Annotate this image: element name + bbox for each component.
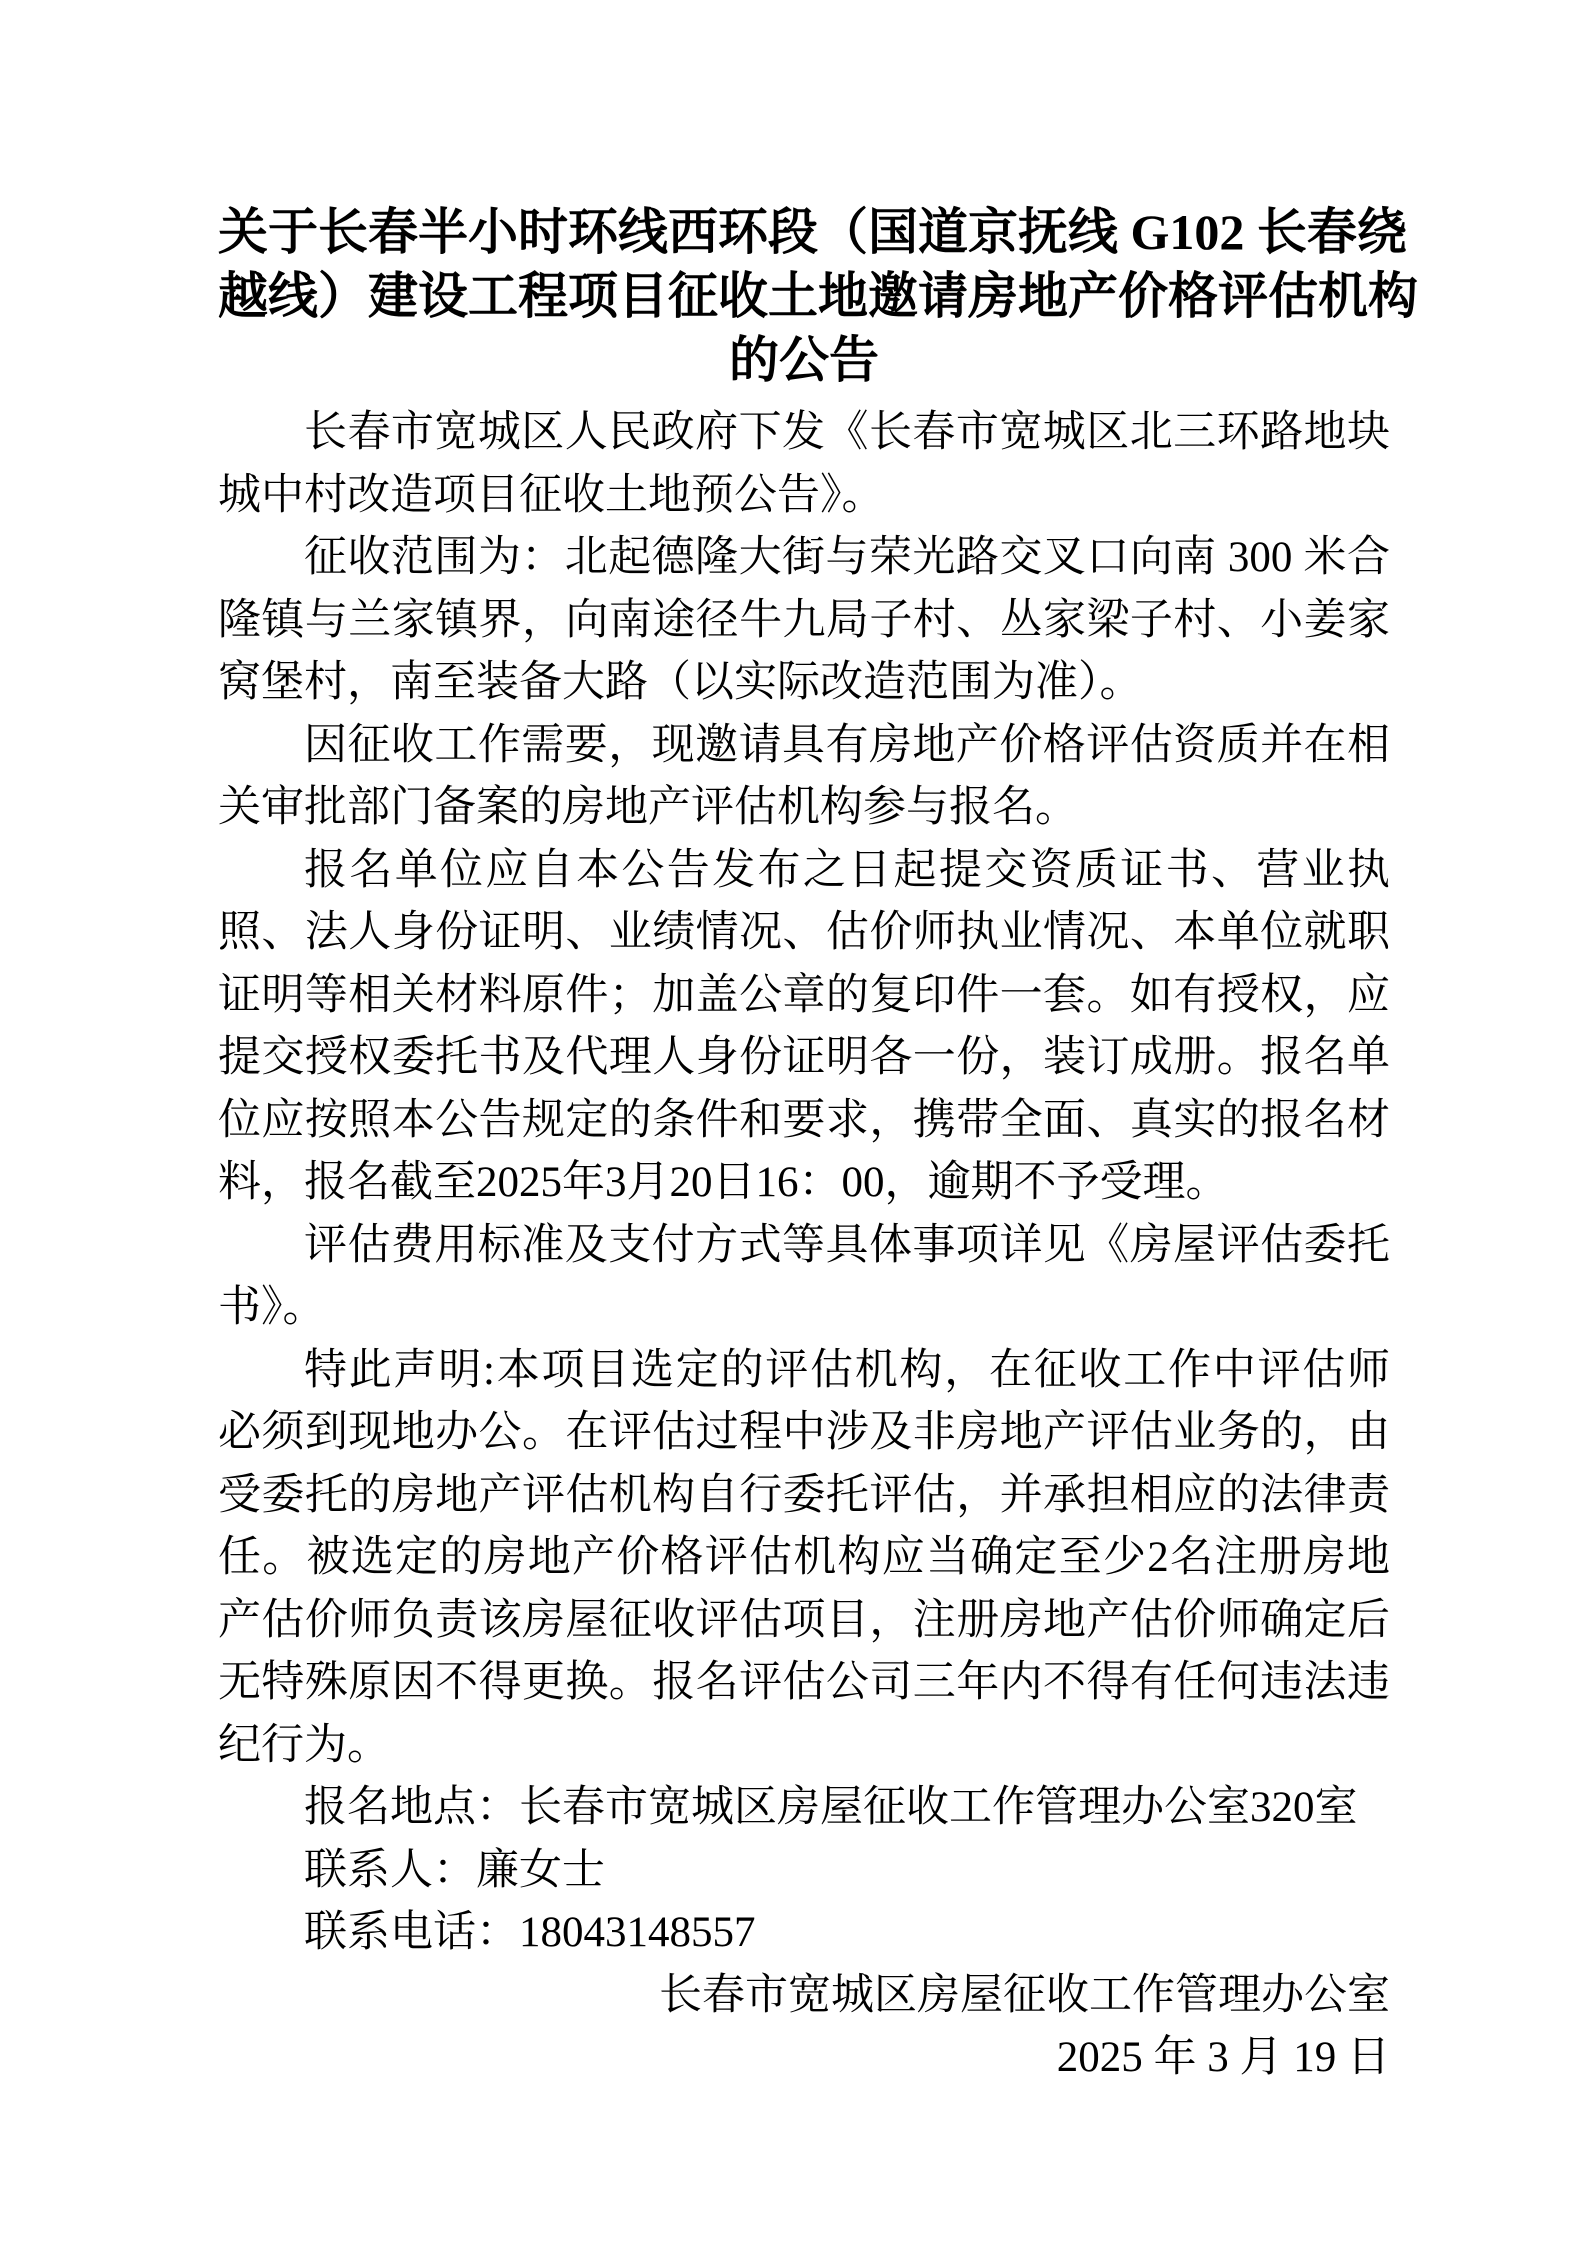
paragraph-fee-standard: 评估费用标准及支付方式等具体事项详见《房屋评估委托书》。: [218, 1215, 1390, 1340]
title-line: 的公告: [218, 328, 1390, 392]
paragraph-expropriation-scope: 征收范围为：北起德隆大街与荣光路交叉口向南 300 米合隆镇与兰家镇界，向南途径…: [218, 527, 1390, 715]
paragraph-application-materials: 报名单位应自本公告发布之日起提交资质证书、营业执照、法人身份证明、业绩情况、估价…: [218, 840, 1390, 1215]
signature-office: 长春市宽城区房屋征收工作管理办公室: [218, 1965, 1390, 2028]
paragraph-invitation: 因征收工作需要，现邀请具有房地产价格评估资质并在相关审批部门备案的房地产评估机构…: [218, 715, 1390, 840]
title-line: 越线）建设工程项目征收土地邀请房地产价格评估机构: [218, 264, 1390, 328]
paragraph-pre-announcement: 长春市宽城区人民政府下发《长春市宽城区北三环路地块城中村改造项目征收土地预公告》…: [218, 402, 1390, 527]
document-page: 关于长春半小时环线西环段（国道京抚线 G102 长春绕 越线）建设工程项目征收土…: [0, 0, 1587, 2245]
signature-date: 2025 年 3 月 19 日: [218, 2027, 1390, 2090]
paragraph-contact-phone: 联系电话：18043148557: [218, 1902, 1390, 1965]
paragraph-application-address: 报名地点：长春市宽城区房屋征收工作管理办公室320室: [218, 1777, 1390, 1840]
title-line: 关于长春半小时环线西环段（国道京抚线 G102 长春绕: [218, 200, 1390, 264]
document-title: 关于长春半小时环线西环段（国道京抚线 G102 长春绕 越线）建设工程项目征收土…: [218, 200, 1390, 392]
paragraph-declaration: 特此声明:本项目选定的评估机构，在征收工作中评估师必须到现地办公。在评估过程中涉…: [218, 1340, 1390, 1778]
paragraph-contact-person: 联系人：廉女士: [218, 1840, 1390, 1903]
document-content: 关于长春半小时环线西环段（国道京抚线 G102 长春绕 越线）建设工程项目征收土…: [218, 200, 1390, 2090]
